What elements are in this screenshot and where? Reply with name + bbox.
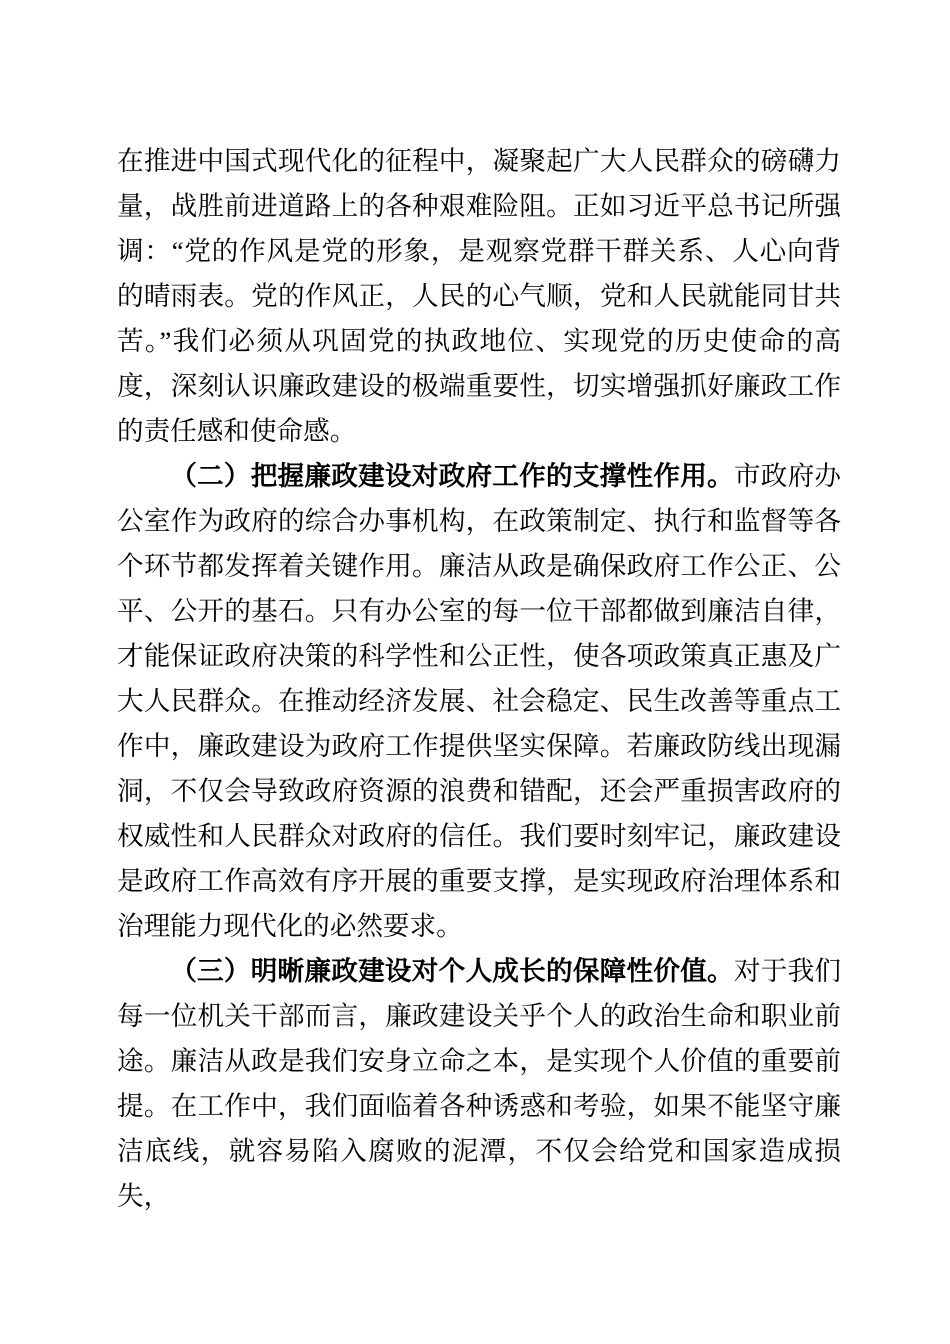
paragraph: （三）明晰廉政建设对个人成长的保障性价值。对于我们每一位机关干部而言，廉政建设关… xyxy=(117,949,841,1219)
paragraph-body-run: 对于我们每一位机关干部而言，廉政建设关乎个人的政治生命和职业前途。廉洁从政是我们… xyxy=(117,956,841,1211)
paragraph-body-run: 市政府办公室作为政府的综合办事机构，在政策制定、执行和监督等各个环节都发挥着关键… xyxy=(117,461,841,941)
paragraph-body-run: 在推进中国式现代化的征程中，凝聚起广大人民群众的磅礴力量，战胜前进道路上的各种艰… xyxy=(117,146,841,446)
paragraph: 在推进中国式现代化的征程中，凝聚起广大人民群众的磅礴力量，战胜前进道路上的各种艰… xyxy=(117,139,841,454)
paragraph: （二）把握廉政建设对政府工作的支撑性作用。市政府办公室作为政府的综合办事机构，在… xyxy=(117,454,841,949)
paragraph-heading-run: （二）把握廉政建设对政府工作的支撑性作用。 xyxy=(170,461,734,491)
document-content: 在推进中国式现代化的征程中，凝聚起广大人民群众的磅礴力量，战胜前进道路上的各种艰… xyxy=(117,139,841,1219)
paragraph-heading-run: （三）明晰廉政建设对个人成长的保障性价值。 xyxy=(170,956,734,986)
document-page: 在推进中国式现代化的征程中，凝聚起广大人民群众的磅礴力量，战胜前进道路上的各种艰… xyxy=(0,0,950,1344)
